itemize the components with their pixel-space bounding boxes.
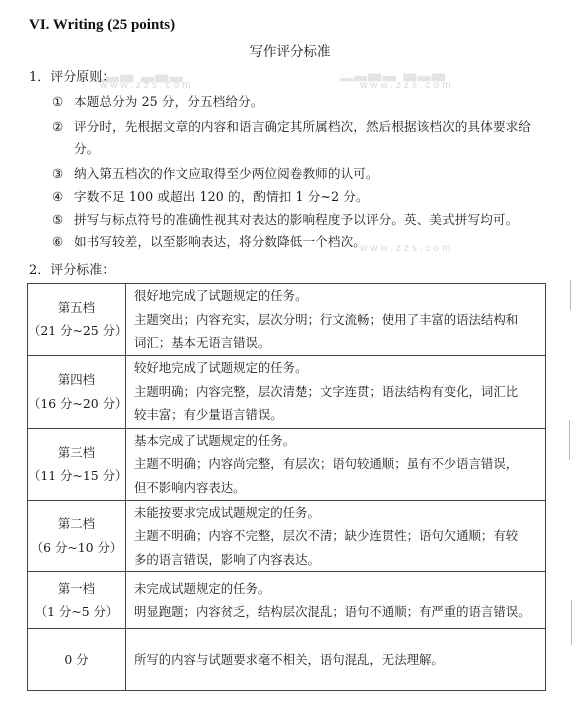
description-line: 多的语言错误，影响了内容表达。 <box>134 548 539 572</box>
standards-heading: 2．评分标准： <box>29 259 115 278</box>
item-text: 字数不足 100 或超出 120 的，酌情扣 1 分~2 分。 <box>74 189 369 204</box>
table-row-tier-4: 第四档 （16 分~20 分） 较好地完成了试题规定的任务。 主题明确；内容完整… <box>28 355 546 428</box>
description-line: 未能按要求完成试题规定的任务。 <box>134 501 539 525</box>
item-number: ③ <box>52 166 74 181</box>
principle-item-6: ⑥如书写较差，以至影响表达，将分数降低一个档次。 <box>52 231 366 250</box>
tier-description: 很好地完成了试题规定的任务。 主题突出；内容充实，层次分明；行文流畅；使用了丰富… <box>126 284 546 356</box>
tier-cell: 第五档 （21 分~25 分） <box>28 284 126 356</box>
watermark-logo: ▁▂▃▂ ▃▂▃ <box>340 62 447 82</box>
principle-item-4: ④字数不足 100 或超出 120 的，酌情扣 1 分~2 分。 <box>52 186 369 205</box>
description-line: 较好地完成了试题规定的任务。 <box>134 356 539 380</box>
tier-name: 0 分 <box>28 648 125 672</box>
scan-artifact <box>570 280 571 310</box>
principle-item-2: ②评分时，先根据文章的内容和语言确定其所属档次，然后根据该档次的具体要求给 <box>52 116 531 135</box>
tier-range: （16 分~20 分） <box>28 392 125 416</box>
scan-artifact <box>569 420 570 460</box>
item-number: ④ <box>52 189 74 204</box>
tier-description: 基本完成了试题规定的任务。 主题不明确；内容尚完整，有层次；语句较通顺；虽有不少… <box>126 428 546 500</box>
description-line: 主题明确；内容完整，层次清楚；文字连贯；语法结构有变化，词汇比 <box>134 380 539 404</box>
description-line: 很好地完成了试题规定的任务。 <box>134 284 539 308</box>
watermark-text: www.zzs.com <box>360 80 454 91</box>
description-line: 明显跑题；内容贫乏，结构层次混乱；语句不通顺；有严重的语言错误。 <box>134 600 539 624</box>
tier-description: 未能按要求完成试题规定的任务。 主题不明确；内容不完整，层次不清；缺少连贯性；语… <box>126 500 546 572</box>
principles-heading: 1．评分原则： <box>29 66 115 85</box>
item-text: 评分时，先根据文章的内容和语言确定其所属档次，然后根据该档次的具体要求给 <box>74 119 531 134</box>
tier-range: （21 分~25 分） <box>28 319 125 343</box>
item-text: 拼写与标点符号的准确性视其对表达的影响程度予以评分。英、美式拼写均可。 <box>74 212 518 227</box>
item-text: 纳入第五档次的作文应取得至少两位阅卷教师的认可。 <box>74 166 379 181</box>
item-number: ⑤ <box>52 212 74 227</box>
tier-range: （11 分~15 分） <box>28 464 125 488</box>
tier-cell: 第三档 （11 分~15 分） <box>28 428 126 500</box>
description-line: 词汇；基本无语言错误。 <box>134 331 539 355</box>
tier-description: 较好地完成了试题规定的任务。 主题明确；内容完整，层次清楚；文字连贯；语法结构有… <box>126 355 546 428</box>
document-title: 写作评分标准 <box>0 40 580 60</box>
tier-cell: 第二档 （6 分~10 分） <box>28 500 126 572</box>
tier-range: （6 分~10 分） <box>28 536 125 560</box>
tier-range: （1 分~5 分） <box>28 600 125 624</box>
section-title: VI. Writing (25 points) <box>29 17 175 34</box>
tier-name: 第一档 <box>28 577 125 601</box>
tier-name: 第二档 <box>28 512 125 536</box>
description-line: 但不影响内容表达。 <box>134 476 539 500</box>
tier-name: 第三档 <box>28 441 125 465</box>
description-line: 基本完成了试题规定的任务。 <box>134 429 539 453</box>
tier-cell: 第四档 （16 分~20 分） <box>28 355 126 428</box>
table-row-tier-3: 第三档 （11 分~15 分） 基本完成了试题规定的任务。 主题不明确；内容尚完… <box>28 428 546 500</box>
watermark-text: www.zzs.com <box>360 243 454 254</box>
description-line: 主题突出；内容充实，层次分明；行文流畅；使用了丰富的语法结构和 <box>134 308 539 332</box>
item-number: ② <box>52 119 74 134</box>
principle-item-1: ①本题总分为 25 分，分五档给分。 <box>52 91 263 110</box>
description-line: 较丰富；有少量语言错误。 <box>134 403 539 427</box>
table-row-tier-0: 0 分 所写的内容与试题要求毫不相关，语句混乱，无法理解。 <box>28 629 546 691</box>
description-line: 所写的内容与试题要求毫不相关，语句混乱，无法理解。 <box>134 648 539 672</box>
table-row-tier-5: 第五档 （21 分~25 分） 很好地完成了试题规定的任务。 主题突出；内容充实… <box>28 284 546 356</box>
scoring-criteria-table: 第五档 （21 分~25 分） 很好地完成了试题规定的任务。 主题突出；内容充实… <box>27 283 546 691</box>
table-row-tier-2: 第二档 （6 分~10 分） 未能按要求完成试题规定的任务。 主题不明确；内容不… <box>28 500 546 572</box>
principle-item-2-cont: 分。 <box>74 138 99 157</box>
tier-cell: 第一档 （1 分~5 分） <box>28 572 126 629</box>
tier-description: 未完成试题规定的任务。 明显跑题；内容贫乏，结构层次混乱；语句不通顺；有严重的语… <box>126 572 546 629</box>
table-row-tier-1: 第一档 （1 分~5 分） 未完成试题规定的任务。 明显跑题；内容贫乏，结构层次… <box>28 572 546 629</box>
tier-description: 所写的内容与试题要求毫不相关，语句混乱，无法理解。 <box>126 629 546 691</box>
principle-item-3: ③纳入第五档次的作文应取得至少两位阅卷教师的认可。 <box>52 163 379 182</box>
description-line: 主题不明确；内容尚完整，有层次；语句较通顺；虽有不少语言错误， <box>134 452 539 476</box>
principle-item-5: ⑤拼写与标点符号的准确性视其对表达的影响程度予以评分。英、美式拼写均可。 <box>52 209 518 228</box>
description-line: 主题不明确；内容不完整，层次不清；缺少连贯性；语句欠通顺；有较 <box>134 524 539 548</box>
tier-cell: 0 分 <box>28 629 126 691</box>
item-text: 如书写较差，以至影响表达，将分数降低一个档次。 <box>74 234 366 249</box>
item-number: ① <box>52 94 74 109</box>
tier-name: 第四档 <box>28 368 125 392</box>
tier-name: 第五档 <box>28 296 125 320</box>
scan-artifact <box>571 600 572 645</box>
item-text: 本题总分为 25 分，分五档给分。 <box>74 94 263 109</box>
description-line: 未完成试题规定的任务。 <box>134 577 539 601</box>
item-number: ⑥ <box>52 234 74 249</box>
